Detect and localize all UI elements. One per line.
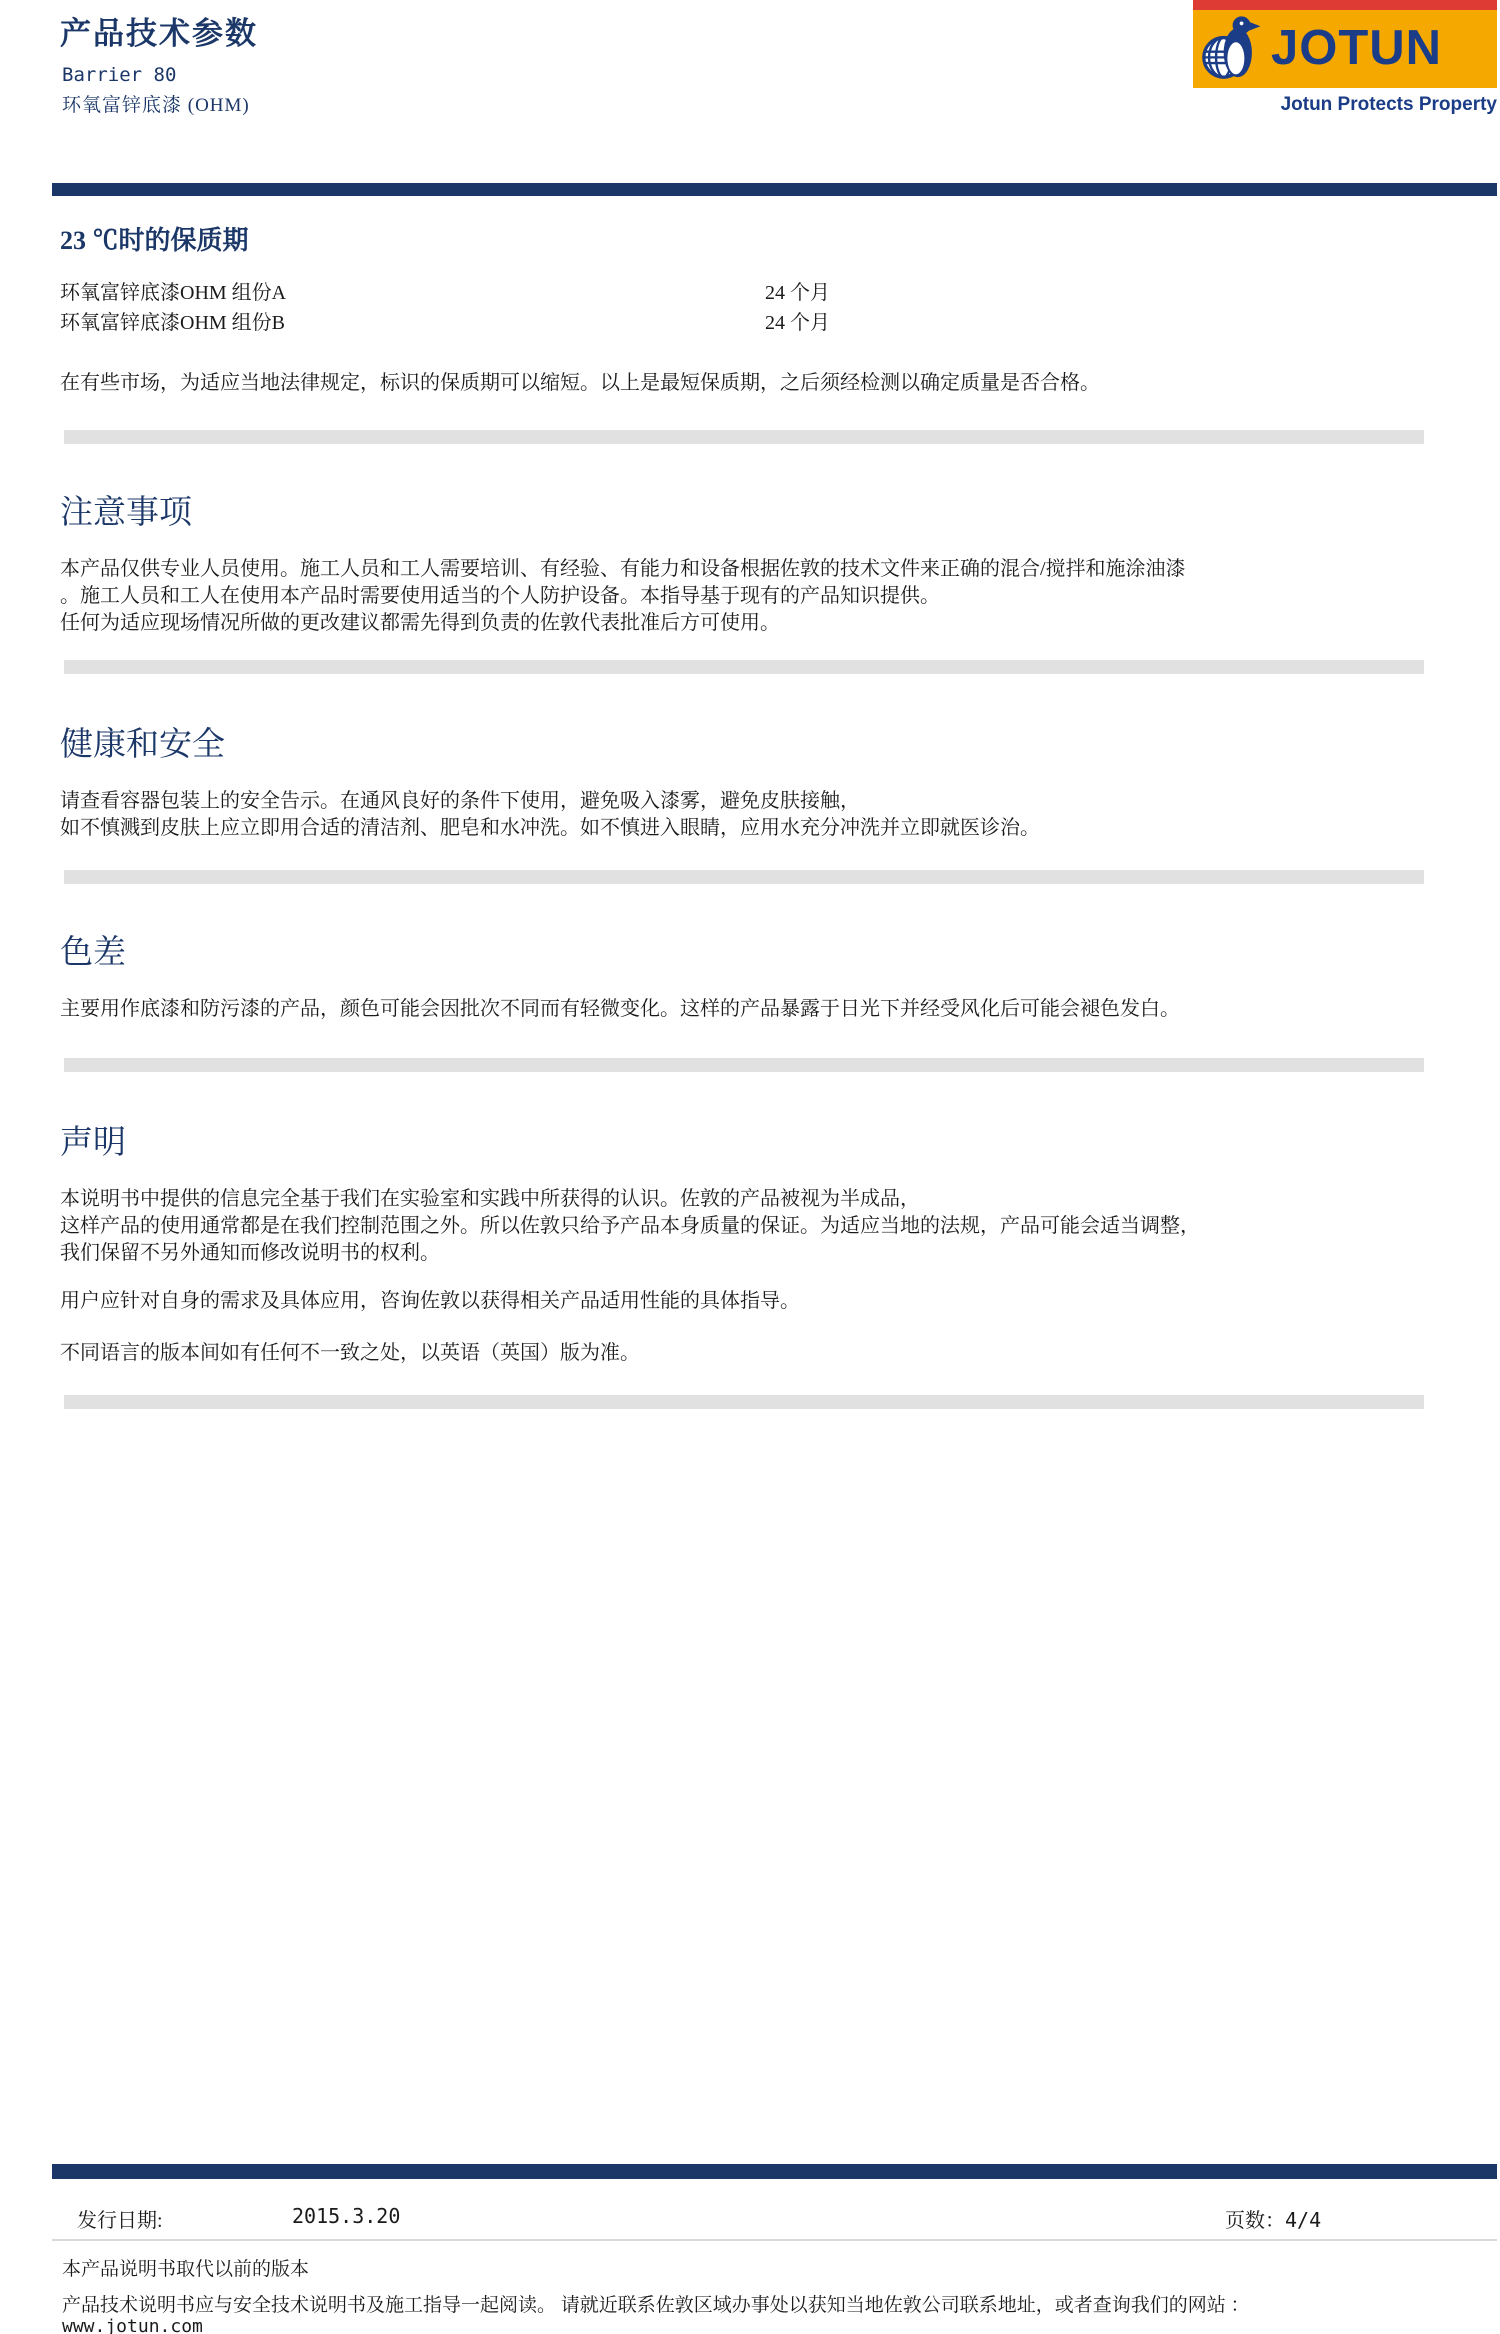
shelf-life-row-b: 环氧富锌底漆OHM 组份B 24 个月 [60,306,1460,335]
shelf-life-note: 在有些市场，为适应当地法律规定，标识的保质期可以缩短。以上是最短保质期，之后须经… [60,366,1460,395]
disclaimer-paragraph-3: 不同语言的版本间如有任何不一致之处，以英语（英国）版为准。 [60,1340,1480,1367]
footer-thin-rule [52,2239,1497,2241]
logo-red-stripe [1193,0,1497,10]
shelf-life-row-a: 环氧富锌底漆OHM 组份A 24 个月 [60,276,1460,305]
header-rule [52,183,1497,196]
section-divider [64,1395,1424,1409]
section-divider [64,430,1424,444]
logo-wordmark: JOTUN [1271,20,1442,76]
section-title-health-safety: 健康和安全 [60,718,225,765]
logo-yellow-panel: JOTUN [1193,10,1497,88]
disclaimer-paragraph-2: 用户应针对自身的需求及具体应用，咨询佐敦以获得相关产品适用性能的具体指导。 [60,1288,1480,1315]
disclaimer-paragraph-1: 本说明书中提供的信息完全基于我们在实验室和实践中所获得的认识。佐敦的产品被视为半… [60,1186,1480,1267]
section-title-color-difference: 色差 [60,926,126,973]
row-value: 24 个月 [765,276,830,305]
section-title-precautions: 注意事项 [60,486,192,533]
logo-tagline: Jotun Protects Property [1193,94,1497,116]
section-divider [64,870,1424,884]
penguin-globe-icon [1201,13,1267,86]
product-name: Barrier 80 [62,64,176,86]
page-count-value: 4/4 [1285,2208,1321,2232]
section-title-shelf-life: 23 ℃时的保质期 [60,220,249,257]
tds-document-page: 产品技术参数 Barrier 80 环氧富锌底漆 (OHM) [0,0,1500,2334]
section-divider [64,1058,1424,1072]
product-subtitle: 环氧富锌底漆 (OHM) [62,90,250,117]
issue-date-label: 发行日期: [77,2204,163,2233]
read-with-note: 产品技术说明书应与安全技术说明书及施工指导一起阅读。 请就近联系佐敦区域办事处以… [62,2290,1482,2317]
page-title: 产品技术参数 [60,8,258,53]
row-label: 环氧富锌底漆OHM 组份A [60,282,286,304]
page-count-label: 页数： [1225,2210,1285,2232]
website-url: www.jotun.com [62,2316,203,2334]
health-safety-text: 请查看容器包装上的安全告示。在通风良好的条件下使用，避免吸入漆雾，避免皮肤接触，… [60,788,1480,842]
row-value: 24 个月 [765,306,830,335]
footer-rule [52,2164,1497,2179]
precautions-text: 本产品仅供专业人员使用。施工人员和工人需要培训、有经验、有能力和设备根据佐敦的技… [60,556,1480,637]
page-count: 页数：4/4 [1225,2204,1321,2233]
section-title-disclaimer: 声明 [60,1116,126,1163]
issue-date-value: 2015.3.20 [292,2204,400,2228]
supersedes-note: 本产品说明书取代以前的版本 [62,2254,309,2281]
section-divider [64,660,1424,674]
row-label: 环氧富锌底漆OHM 组份B [60,312,285,334]
color-difference-text: 主要用作底漆和防污漆的产品，颜色可能会因批次不同而有轻微变化。这样的产品暴露于日… [60,996,1480,1023]
jotun-logo: JOTUN [1193,0,1497,88]
